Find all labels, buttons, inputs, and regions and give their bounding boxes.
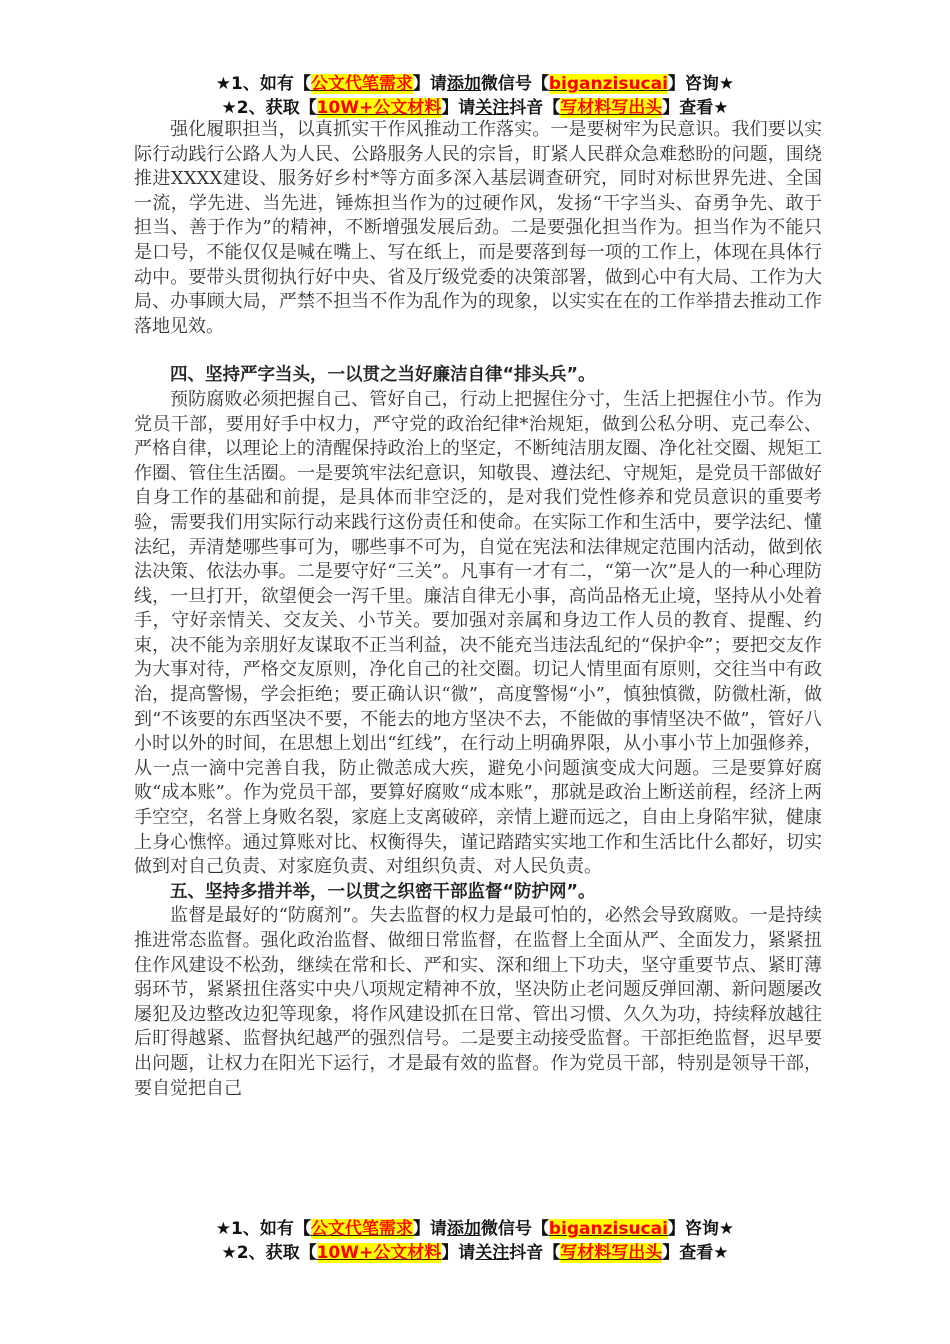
highlight-douyin-id: 写材料写出头 <box>560 1243 662 1263</box>
highlight-materials: 10W+公文材料 <box>317 98 442 118</box>
highlight-service: 公文代笔需求 <box>311 1219 413 1239</box>
banner-text: ★1、如有【 <box>216 1219 311 1239</box>
banner-text: ★2、获取【 <box>222 1243 317 1263</box>
banner-text: 】咨询★ <box>668 1219 734 1239</box>
banner-text: 抖音【 <box>509 98 560 118</box>
banner-text: ★2、获取【 <box>222 98 317 118</box>
section-heading-5: 五、坚持多措并举，一以贯之织密干部监督“防护网”。 <box>134 880 822 905</box>
highlight-wechat-id: biganzisucai <box>549 74 668 94</box>
header-banner: ★1、如有【公文代笔需求】请添加微信号【biganzisucai】咨询★ ★2、… <box>0 72 950 120</box>
highlight-wechat-id: biganzisucai <box>549 1219 668 1239</box>
highlight-douyin-id: 写材料写出头 <box>560 98 662 118</box>
banner-line-1: ★1、如有【公文代笔需求】请添加微信号【biganzisucai】咨询★ <box>0 1217 950 1241</box>
underlined-add: 添加 <box>447 74 481 94</box>
banner-text: 】查看★ <box>662 1243 728 1263</box>
document-page: ★1、如有【公文代笔需求】请添加微信号【biganzisucai】咨询★ ★2、… <box>0 0 950 1344</box>
footer-banner: ★1、如有【公文代笔需求】请添加微信号【biganzisucai】咨询★ ★2、… <box>0 1217 950 1265</box>
banner-text: 】请 <box>441 98 475 118</box>
paragraph: 强化履职担当，以真抓实干作风推动工作落实。一是要树牢为民意识。我们要以实际行动践… <box>134 118 822 339</box>
document-body: 强化履职担当，以真抓实干作风推动工作落实。一是要树牢为民意识。我们要以实际行动践… <box>134 118 822 1101</box>
highlight-service: 公文代笔需求 <box>311 74 413 94</box>
underlined-follow: 关注 <box>475 98 509 118</box>
section-heading-4: 四、坚持严字当头，一以贯之当好廉洁自律“排头兵”。 <box>134 363 822 388</box>
underlined-follow: 关注 <box>475 1243 509 1263</box>
banner-line-2: ★2、获取【10W+公文材料】请关注抖音【写材料写出头】查看★ <box>0 1241 950 1265</box>
banner-line-2: ★2、获取【10W+公文材料】请关注抖音【写材料写出头】查看★ <box>0 96 950 120</box>
banner-text: 微信号【 <box>481 1219 549 1239</box>
banner-text: 】查看★ <box>662 98 728 118</box>
banner-text: 】咨询★ <box>668 74 734 94</box>
underlined-add: 添加 <box>447 1219 481 1239</box>
banner-text: 微信号【 <box>481 74 549 94</box>
banner-text: ★1、如有【 <box>216 74 311 94</box>
banner-text: 】请 <box>441 1243 475 1263</box>
paragraph: 监督是最好的“防腐剂”。失去监督的权力是最可怕的，必然会导致腐败。一是持续推进常… <box>134 904 822 1101</box>
paragraph: 预防腐败必须把握自己、管好自己，行动上把握住分寸，生活上把握住小节。作为党员干部… <box>134 388 822 880</box>
banner-text: 】请 <box>413 74 447 94</box>
banner-text: 】请 <box>413 1219 447 1239</box>
banner-text: 抖音【 <box>509 1243 560 1263</box>
banner-line-1: ★1、如有【公文代笔需求】请添加微信号【biganzisucai】咨询★ <box>0 72 950 96</box>
highlight-materials: 10W+公文材料 <box>317 1243 442 1263</box>
